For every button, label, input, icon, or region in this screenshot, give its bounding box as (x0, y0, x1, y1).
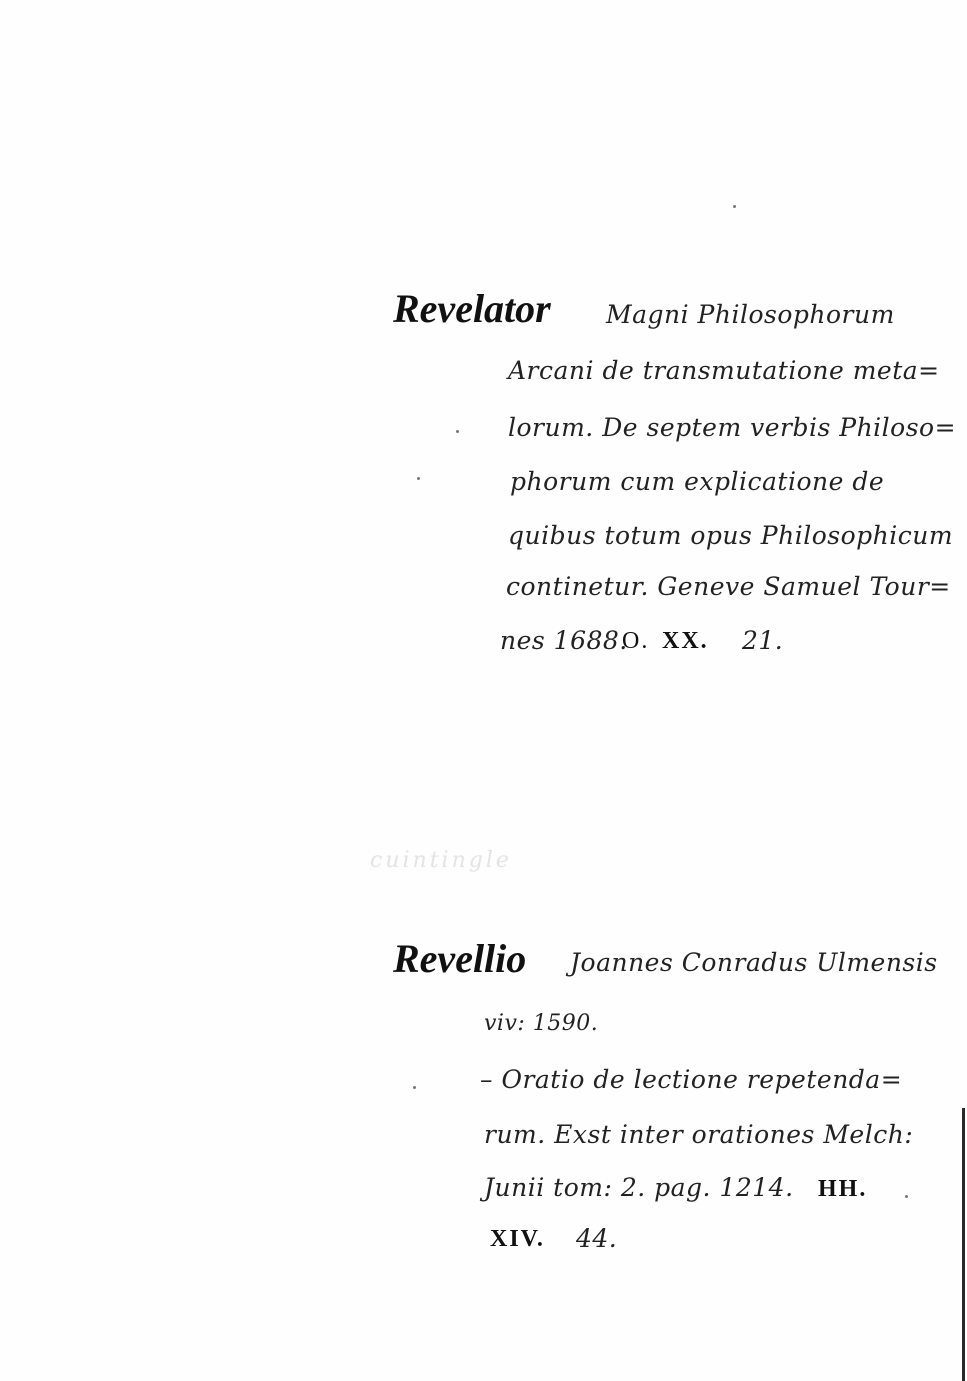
entry-text-line: phorum cum explicatione de (510, 467, 884, 496)
entry-text-line: Junii tom: 2. pag. 1214. (484, 1173, 794, 1202)
entry-headword: Revelator (393, 285, 551, 332)
entry-text-line: Magni Philosophorum (606, 300, 895, 329)
entry-text-line: – Oratio de lectione repetenda= (480, 1065, 902, 1094)
ink-speck (417, 477, 420, 480)
entry-text-line: lorum. De septem verbis Philoso= (508, 413, 956, 442)
shelfmark-prefix: O. (622, 628, 649, 655)
entry-text-line: Joannes Conradus Ulmensis (570, 948, 938, 977)
entry-text-line: rum. Exst inter orationes Melch: (484, 1120, 913, 1149)
shelfmark-prefix: HH. (818, 1176, 867, 1203)
shelfmark-roman: XX. (662, 628, 709, 655)
shelfmark-roman: XIV. (490, 1226, 545, 1253)
catalogue-card-page: cuintingle Revelator Magni Philosophorum… (0, 0, 967, 1381)
entry-text-line: nes 1688. (500, 626, 628, 655)
entry-text-line: viv: 1590. (484, 1011, 598, 1036)
ink-speck (905, 1195, 908, 1198)
ink-speck (413, 1086, 416, 1089)
entry-text-line: Arcani de transmutatione meta= (508, 356, 940, 385)
entry-headword: Revellio (393, 935, 526, 982)
entry-text-line: quibus totum opus Philosophicum (508, 521, 953, 550)
shelfmark-number: 44. (576, 1224, 617, 1253)
ink-speck (456, 430, 459, 433)
entry-text-line: continetur. Geneve Samuel Tour= (506, 572, 951, 601)
bleed-through-text: cuintingle (370, 848, 512, 873)
page-edge-shadow (962, 1108, 965, 1381)
ink-speck (733, 205, 736, 208)
shelfmark-number: 21. (742, 626, 783, 655)
